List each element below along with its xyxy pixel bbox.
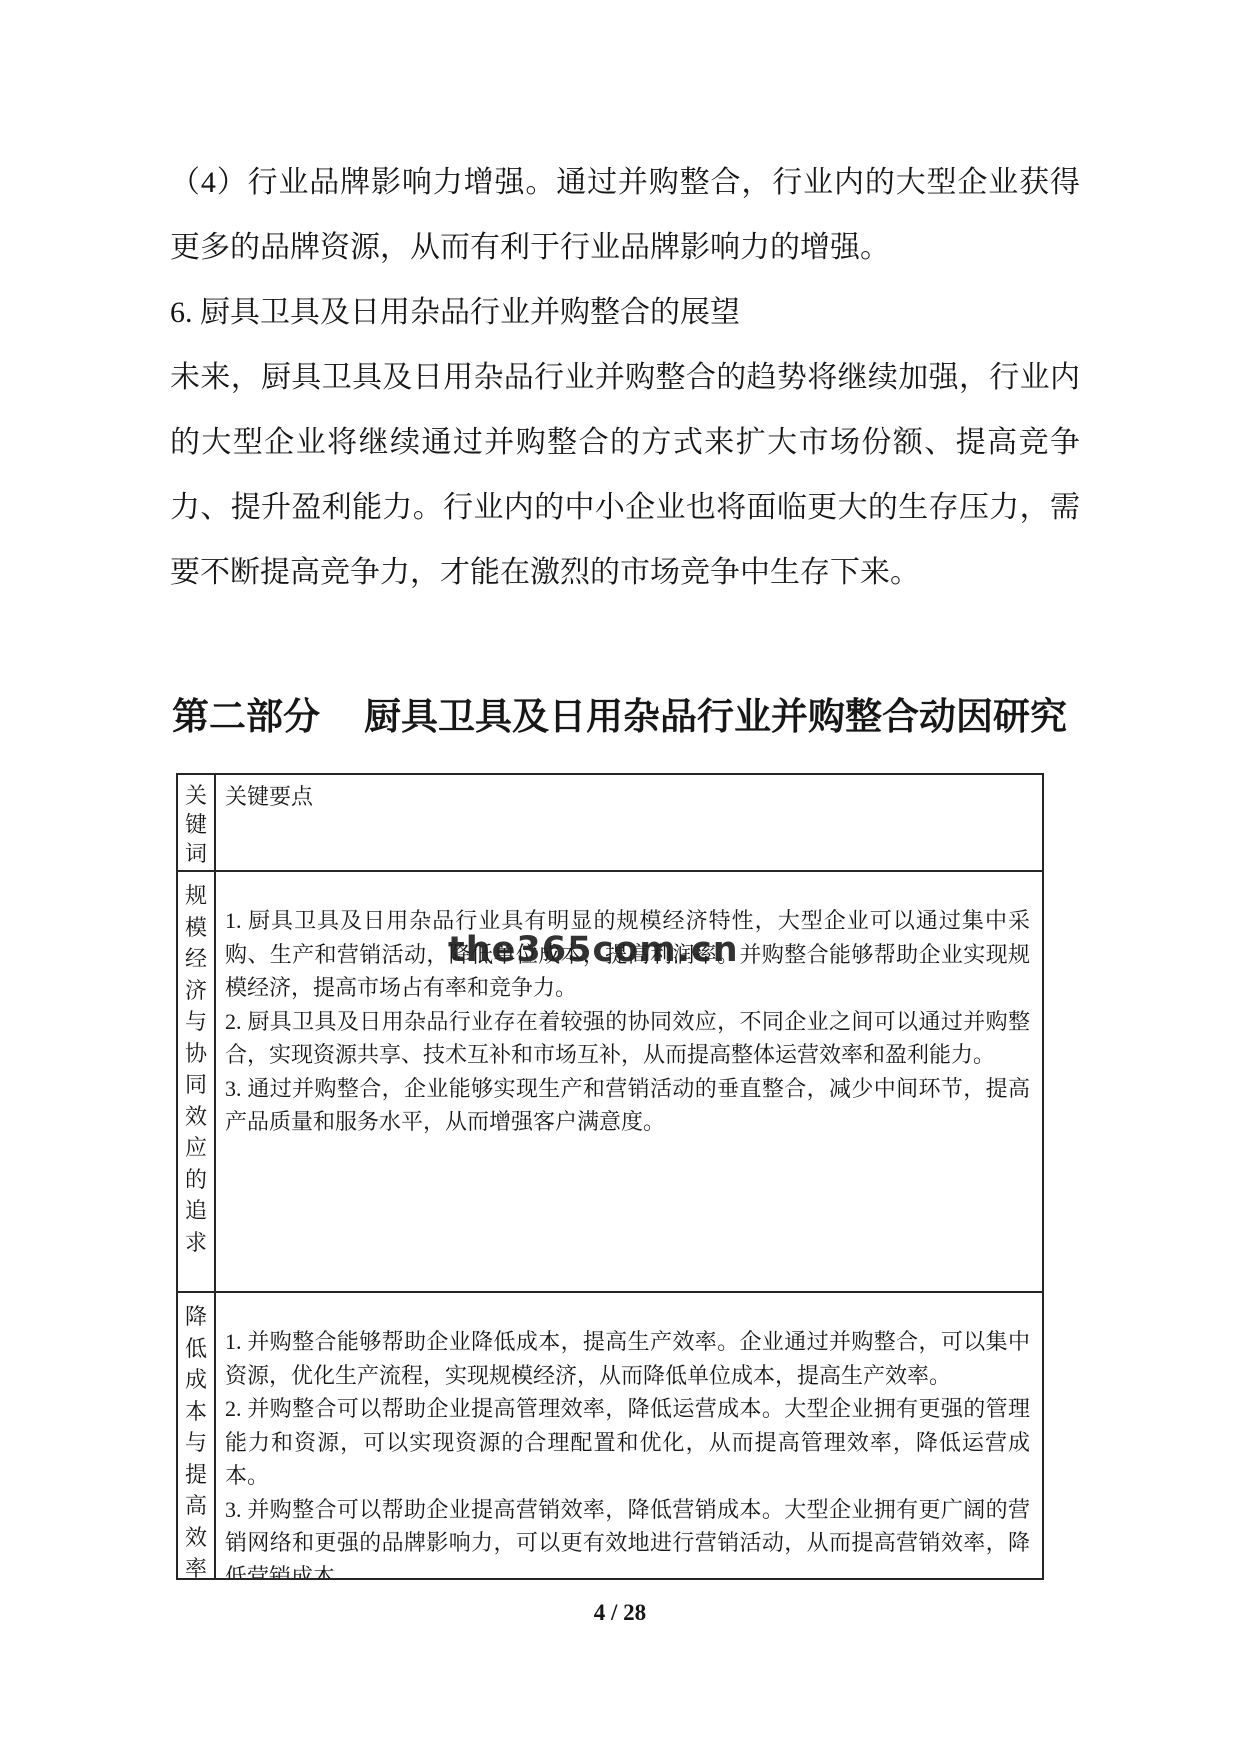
- paragraph-brand-influence: （4）行业品牌影响力增强。通过并购整合，行业内的大型企业获得更多的品牌资源，从而…: [170, 150, 1080, 280]
- point-item: 2. 厨具卫具及日用杂品行业存在着较强的协同效应，不同企业之间可以通过并购整合，…: [225, 1005, 1030, 1072]
- point-item: 3. 并购整合可以帮助企业提高营销效率，降低营销成本。大型企业拥有更广阔的营销网…: [225, 1493, 1030, 1579]
- section-part-label: 第二部分: [172, 697, 320, 738]
- row-keyword-scale-economy: 规模经济与协同效应的追求: [178, 872, 216, 1291]
- point-item: 3. 通过并购整合，企业能够实现生产和营销活动的垂直整合，减少中间环节，提高产品…: [225, 1072, 1030, 1139]
- table-row: 降低成本与提高效率 1. 并购整合能够帮助企业降低成本，提高生产效率。企业通过并…: [178, 1291, 1042, 1578]
- point-item: 1. 并购整合能够帮助企业降低成本，提高生产效率。企业通过并购整合，可以集中资源…: [225, 1325, 1030, 1392]
- table-header-row: 关键词 关键要点: [178, 775, 1042, 870]
- paragraph-future-outlook: 未来，厨具卫具及日用杂品行业并购整合的趋势将继续加强，行业内的大型企业将继续通过…: [170, 345, 1080, 605]
- row-points-cost-efficiency: 1. 并购整合能够帮助企业降低成本，提高生产效率。企业通过并购整合，可以集中资源…: [216, 1293, 1042, 1578]
- header-keyword-cell: 关键词: [178, 775, 216, 870]
- watermark-text: the365com.cn: [448, 930, 739, 970]
- header-points-cell: 关键要点: [216, 775, 1042, 870]
- list-heading-outlook: 6. 厨具卫具及日用杂品行业并购整合的展望: [170, 280, 1080, 345]
- body-text-block: （4）行业品牌影响力增强。通过并购整合，行业内的大型企业获得更多的品牌资源，从而…: [170, 150, 1080, 605]
- point-item: 2. 并购整合可以帮助企业提高管理效率，降低运营成本。大型企业拥有更强的管理能力…: [225, 1392, 1030, 1493]
- section-heading: 第二部分厨具卫具及日用杂品行业并购整合动因研究: [172, 686, 1172, 740]
- row-keyword-cost-efficiency: 降低成本与提高效率: [178, 1293, 216, 1578]
- key-points-table: 关键词 关键要点 规模经济与协同效应的追求 1. 厨具卫具及日用杂品行业具有明显…: [176, 773, 1044, 1580]
- page-number: 4 / 28: [0, 1600, 1240, 1626]
- section-title: 厨具卫具及日用杂品行业并购整合动因研究: [364, 697, 1067, 738]
- document-page: （4）行业品牌影响力增强。通过并购整合，行业内的大型企业获得更多的品牌资源，从而…: [0, 0, 1240, 1753]
